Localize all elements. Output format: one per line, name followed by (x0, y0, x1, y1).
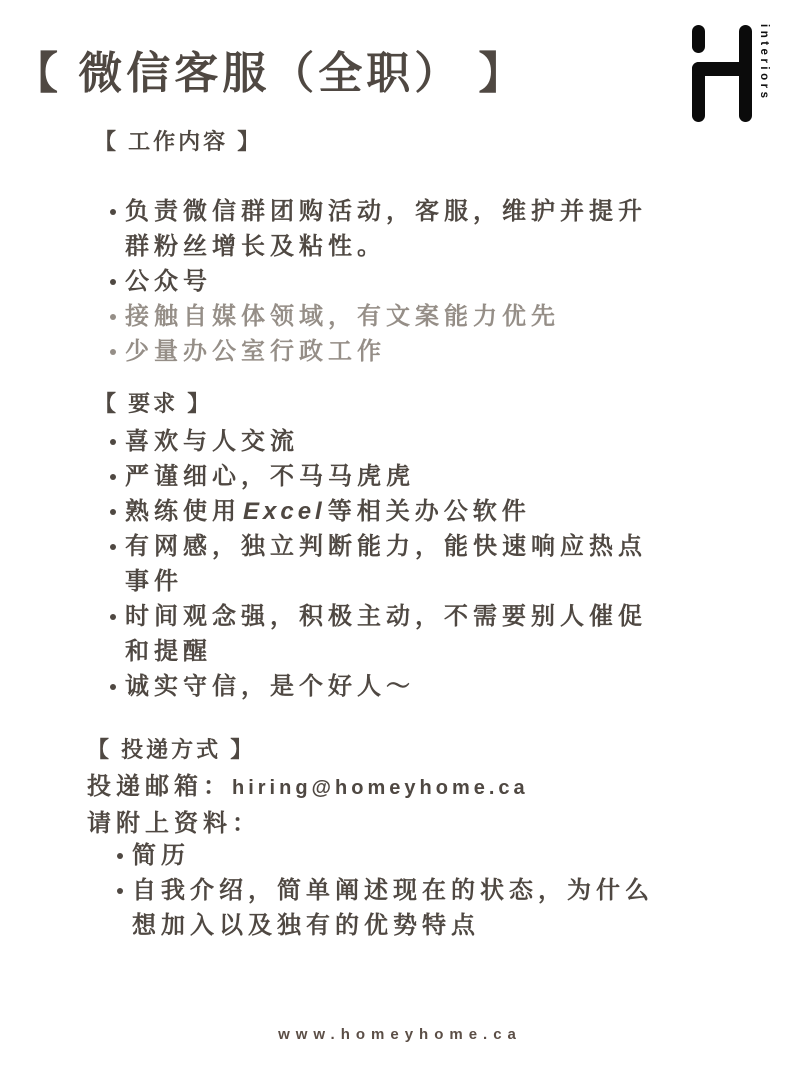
attach-label: 请附上资料： (87, 806, 261, 841)
list-item-text: 自我介绍，简单阐述现在的状态，为什么想加入以及独有的优势特点 (132, 873, 662, 943)
page-title: 【 微信客服（全职） 】 (14, 52, 526, 96)
section-heading-job-content: 【 工作内容 】 (94, 127, 262, 157)
list-item: 诚实守信，是个好人～ (110, 669, 665, 704)
list-item-text: 时间观念强，积极主动，不需要别人催促和提醒 (125, 599, 665, 669)
apply-email-line: 投递邮箱： hiring@homeyhome.ca (87, 769, 529, 806)
bullet-dot (110, 684, 116, 690)
list-item: 喜欢与人交流 (110, 424, 665, 459)
website-url: www.homeyhome.ca (0, 1025, 800, 1045)
list-item: 少量办公室行政工作 (110, 334, 665, 369)
bullet-dot (110, 279, 116, 285)
bullet-dot (110, 474, 116, 480)
email-label: 投递邮箱： (87, 769, 232, 804)
apply-info: 投递邮箱： hiring@homeyhome.ca 请附上资料： (87, 769, 529, 841)
bullet-dot (110, 314, 116, 320)
list-item: 自我介绍，简单阐述现在的状态，为什么想加入以及独有的优势特点 (117, 873, 662, 943)
logo-h-left-top-bar (692, 25, 705, 53)
logo-h-right-bar (739, 25, 752, 122)
list-item: 公众号 (110, 264, 665, 299)
list-item-text: 公众号 (125, 264, 212, 299)
list-item-text: 严谨细心，不马马虎虎 (125, 459, 415, 494)
bullet-dot (110, 614, 116, 620)
requirements-list: 喜欢与人交流 严谨细心，不马马虎虎 熟练使用Excel等相关办公软件 有网感，独… (110, 424, 665, 704)
job-content-list: 负责微信群团购活动，客服，维护并提升群粉丝增长及粘性。 公众号 接触自媒体领域，… (110, 194, 665, 369)
job-poster-page: 【 微信客服（全职） 】 interiors 【 工作内容 】 负责微信群团购活… (0, 0, 800, 1066)
bullet-dot (110, 349, 116, 355)
bullet-dot (117, 888, 123, 894)
excel-emphasis: Excel (241, 498, 328, 525)
logo-wordmark: interiors (758, 24, 770, 102)
company-logo-icon: interiors (686, 14, 778, 124)
list-item: 严谨细心，不马马虎虎 (110, 459, 665, 494)
list-item: 时间观念强，积极主动，不需要别人催促和提醒 (110, 599, 665, 669)
bullet-dot (117, 853, 123, 859)
list-item-text: 诚实守信，是个好人～ (125, 669, 415, 704)
list-item: 负责微信群团购活动，客服，维护并提升群粉丝增长及粘性。 (110, 194, 665, 264)
list-item: 熟练使用Excel等相关办公软件 (110, 494, 665, 529)
bullet-dot (110, 544, 116, 550)
section-heading-requirements: 【 要求 】 (94, 389, 212, 419)
section-heading-apply: 【 投递方式 】 (87, 735, 255, 765)
bullet-dot (110, 209, 116, 215)
text-fragment: 等相关办公软件 (328, 498, 531, 525)
list-item-text: 喜欢与人交流 (125, 424, 299, 459)
bullet-dot (110, 509, 116, 515)
list-item-text: 熟练使用Excel等相关办公软件 (125, 494, 531, 529)
list-item: 接触自媒体领域，有文案能力优先 (110, 299, 665, 334)
bullet-dot (110, 439, 116, 445)
list-item: 简历 (117, 838, 662, 873)
text-fragment: 熟练使用 (125, 498, 241, 525)
email-address: hiring@homeyhome.ca (232, 771, 529, 806)
list-item-text: 有网感，独立判断能力，能快速响应热点事件 (125, 529, 665, 599)
attachments-list: 简历 自我介绍，简单阐述现在的状态，为什么想加入以及独有的优势特点 (117, 838, 662, 943)
list-item: 有网感，独立判断能力，能快速响应热点事件 (110, 529, 665, 599)
apply-attach-line: 请附上资料： (87, 806, 529, 841)
list-item-text: 接触自媒体领域，有文案能力优先 (125, 299, 560, 334)
list-item-text: 少量办公室行政工作 (125, 334, 386, 369)
list-item-text: 负责微信群团购活动，客服，维护并提升群粉丝增长及粘性。 (125, 194, 665, 264)
list-item-text: 简历 (132, 838, 190, 873)
